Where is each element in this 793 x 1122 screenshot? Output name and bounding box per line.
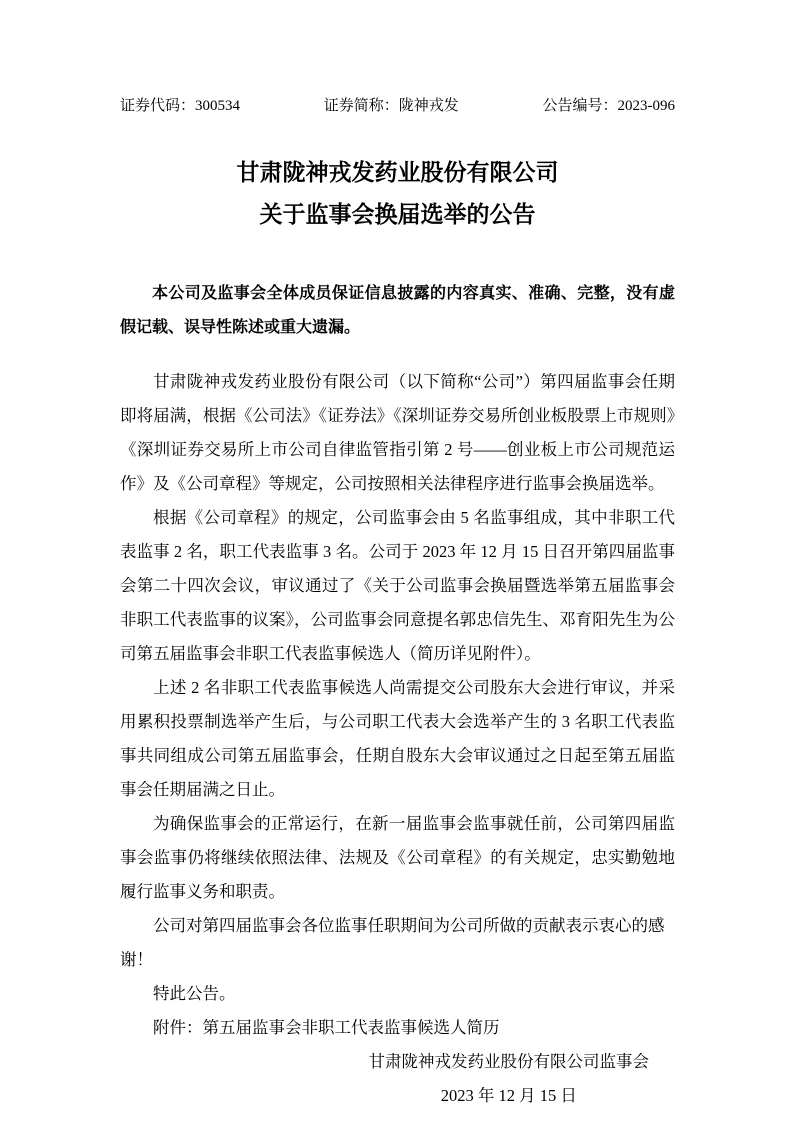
signature-date: 2023 年 12 月 15 日 bbox=[369, 1079, 650, 1113]
thanks-line: 公司对第四届监事会各位监事任职期间为公司所做的贡献表示衷心的感谢！ bbox=[120, 909, 675, 977]
announcement-body: 甘肃陇神戎发药业股份有限公司（以下简称“公司”）第四届监事会任期即将届满，根据《… bbox=[120, 365, 675, 1045]
stock-code: 证券代码：300534 bbox=[120, 96, 240, 116]
announcement-document: 证券代码：300534 证券简称：陇神戎发 公告编号：2023-096 甘肃陇神… bbox=[0, 0, 793, 1122]
integrity-statement: 本公司及监事会全体成员保证信息披露的内容真实、准确、完整，没有虚假记载、误导性陈… bbox=[120, 277, 675, 345]
company-title: 甘肃陇神戎发药业股份有限公司 bbox=[120, 161, 675, 184]
body-paragraph-2: 根据《公司章程》的规定，公司监事会由 5 名监事组成，其中非职工代表监事 2 名… bbox=[120, 501, 675, 671]
notice-line: 特此公告。 bbox=[120, 977, 675, 1011]
document-header: 证券代码：300534 证券简称：陇神戎发 公告编号：2023-096 bbox=[120, 96, 675, 116]
announcement-title: 关于监事会换届选举的公告 bbox=[120, 203, 675, 226]
body-paragraph-1: 甘肃陇神戎发药业股份有限公司（以下简称“公司”）第四届监事会任期即将届满，根据《… bbox=[120, 365, 675, 501]
signature-company: 甘肃陇神戎发药业股份有限公司监事会 bbox=[369, 1045, 650, 1079]
signature-inner: 甘肃陇神戎发药业股份有限公司监事会 2023 年 12 月 15 日 bbox=[369, 1045, 650, 1113]
signature-block: 甘肃陇神戎发药业股份有限公司监事会 2023 年 12 月 15 日 bbox=[120, 1045, 675, 1113]
body-paragraph-4: 为确保监事会的正常运行，在新一届监事会监事就任前，公司第四届监事会监事仍将继续依… bbox=[120, 807, 675, 909]
stock-short-name: 证券简称：陇神戎发 bbox=[324, 96, 459, 116]
body-paragraph-3: 上述 2 名非职工代表监事候选人尚需提交公司股东大会进行审议，并采用累积投票制选… bbox=[120, 671, 675, 807]
announcement-number: 公告编号：2023-096 bbox=[543, 96, 676, 116]
attachment-line: 附件：第五届监事会非职工代表监事候选人简历 bbox=[120, 1011, 675, 1045]
